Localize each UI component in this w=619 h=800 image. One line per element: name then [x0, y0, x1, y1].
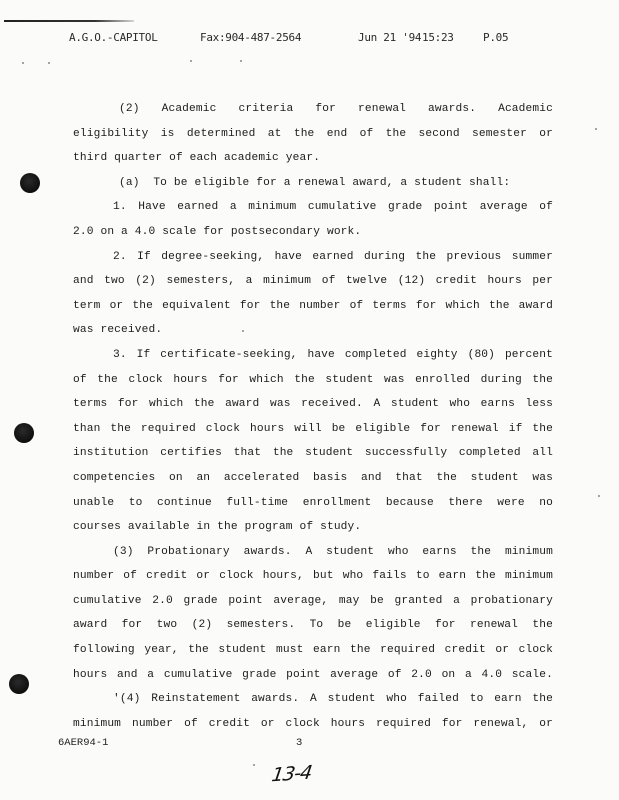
scanned-document-page: A.G.O.-CAPITOL Fax:904-487-2564 Jun 21 '… [0, 0, 619, 800]
body-text-line: cumulative 2.0 grade point average, may … [73, 589, 553, 614]
body-text-line: of the clock hours for which the student… [73, 368, 553, 393]
body-text-line: courses available in the program of stud… [73, 515, 553, 540]
hole-punch-icon [9, 674, 29, 694]
scan-speck [22, 62, 24, 64]
body-text-line: institution certifies that the student s… [73, 441, 553, 466]
document-body: (2) Academic criteria for renewal awards… [73, 97, 553, 736]
body-text-line: than the required clock hours will be el… [73, 417, 553, 442]
body-text-line: terms for which the award was received. … [73, 392, 553, 417]
scan-speck [48, 62, 50, 64]
scan-speck [242, 330, 244, 332]
scan-speck [240, 60, 242, 62]
body-text-line: third quarter of each academic year. [73, 146, 553, 171]
body-text-line: 2. If degree-seeking, have earned during… [73, 245, 553, 270]
fax-header: A.G.O.-CAPITOL Fax:904-487-2564 Jun 21 '… [0, 31, 619, 47]
body-text-line: was received. [73, 318, 553, 343]
page-number: 3 [296, 737, 302, 749]
body-text-line: number of credit or clock hours, but who… [73, 564, 553, 589]
body-text-line: hours and a cumulative grade point avera… [73, 663, 553, 688]
body-text-line: 1. Have earned a minimum cumulative grad… [73, 195, 553, 220]
scan-speck [190, 60, 192, 62]
body-text-line: (a) To be eligible for a renewal award, … [73, 171, 553, 196]
body-text-line: and two (2) semesters, a minimum of twel… [73, 269, 553, 294]
hole-punch-icon [14, 423, 34, 443]
document-id: 6AER94-1 [58, 737, 108, 749]
scan-speck [253, 764, 255, 766]
body-text-line: (2) Academic criteria for renewal awards… [73, 97, 553, 122]
body-text-line: eligibility is determined at the end of … [73, 122, 553, 147]
body-text-line: (3) Probationary awards. A student who e… [73, 540, 553, 565]
fax-number: Fax:904-487-2564 [200, 31, 301, 44]
body-text-line: '(4) Reinstatement awards. A student who… [73, 687, 553, 712]
body-text-line: 3. If certificate-seeking, have complete… [73, 343, 553, 368]
fax-top-rule [4, 20, 134, 22]
handwritten-annotation: 13-4 [270, 762, 313, 787]
body-text-line: following year, the student must earn th… [73, 638, 553, 663]
body-text-line: minimum number of credit or clock hours … [73, 712, 553, 737]
scan-speck [595, 128, 597, 130]
body-text-line: 2.0 on a 4.0 scale for postsecondary wor… [73, 220, 553, 245]
body-text-line: competencies on an accelerated basis and… [73, 466, 553, 491]
body-text-line: unable to continue full-time enrollment … [73, 491, 553, 516]
scan-speck [598, 495, 600, 497]
body-text-line: term or the equivalent for the number of… [73, 294, 553, 319]
hole-punch-icon [20, 173, 40, 193]
fax-sender: A.G.O.-CAPITOL [69, 31, 158, 44]
fax-time: 15:23 [422, 31, 454, 44]
fax-date: Jun 21 '94 [358, 31, 421, 44]
body-text-line: award for two (2) semesters. To be eligi… [73, 613, 553, 638]
fax-page: P.05 [483, 31, 508, 44]
